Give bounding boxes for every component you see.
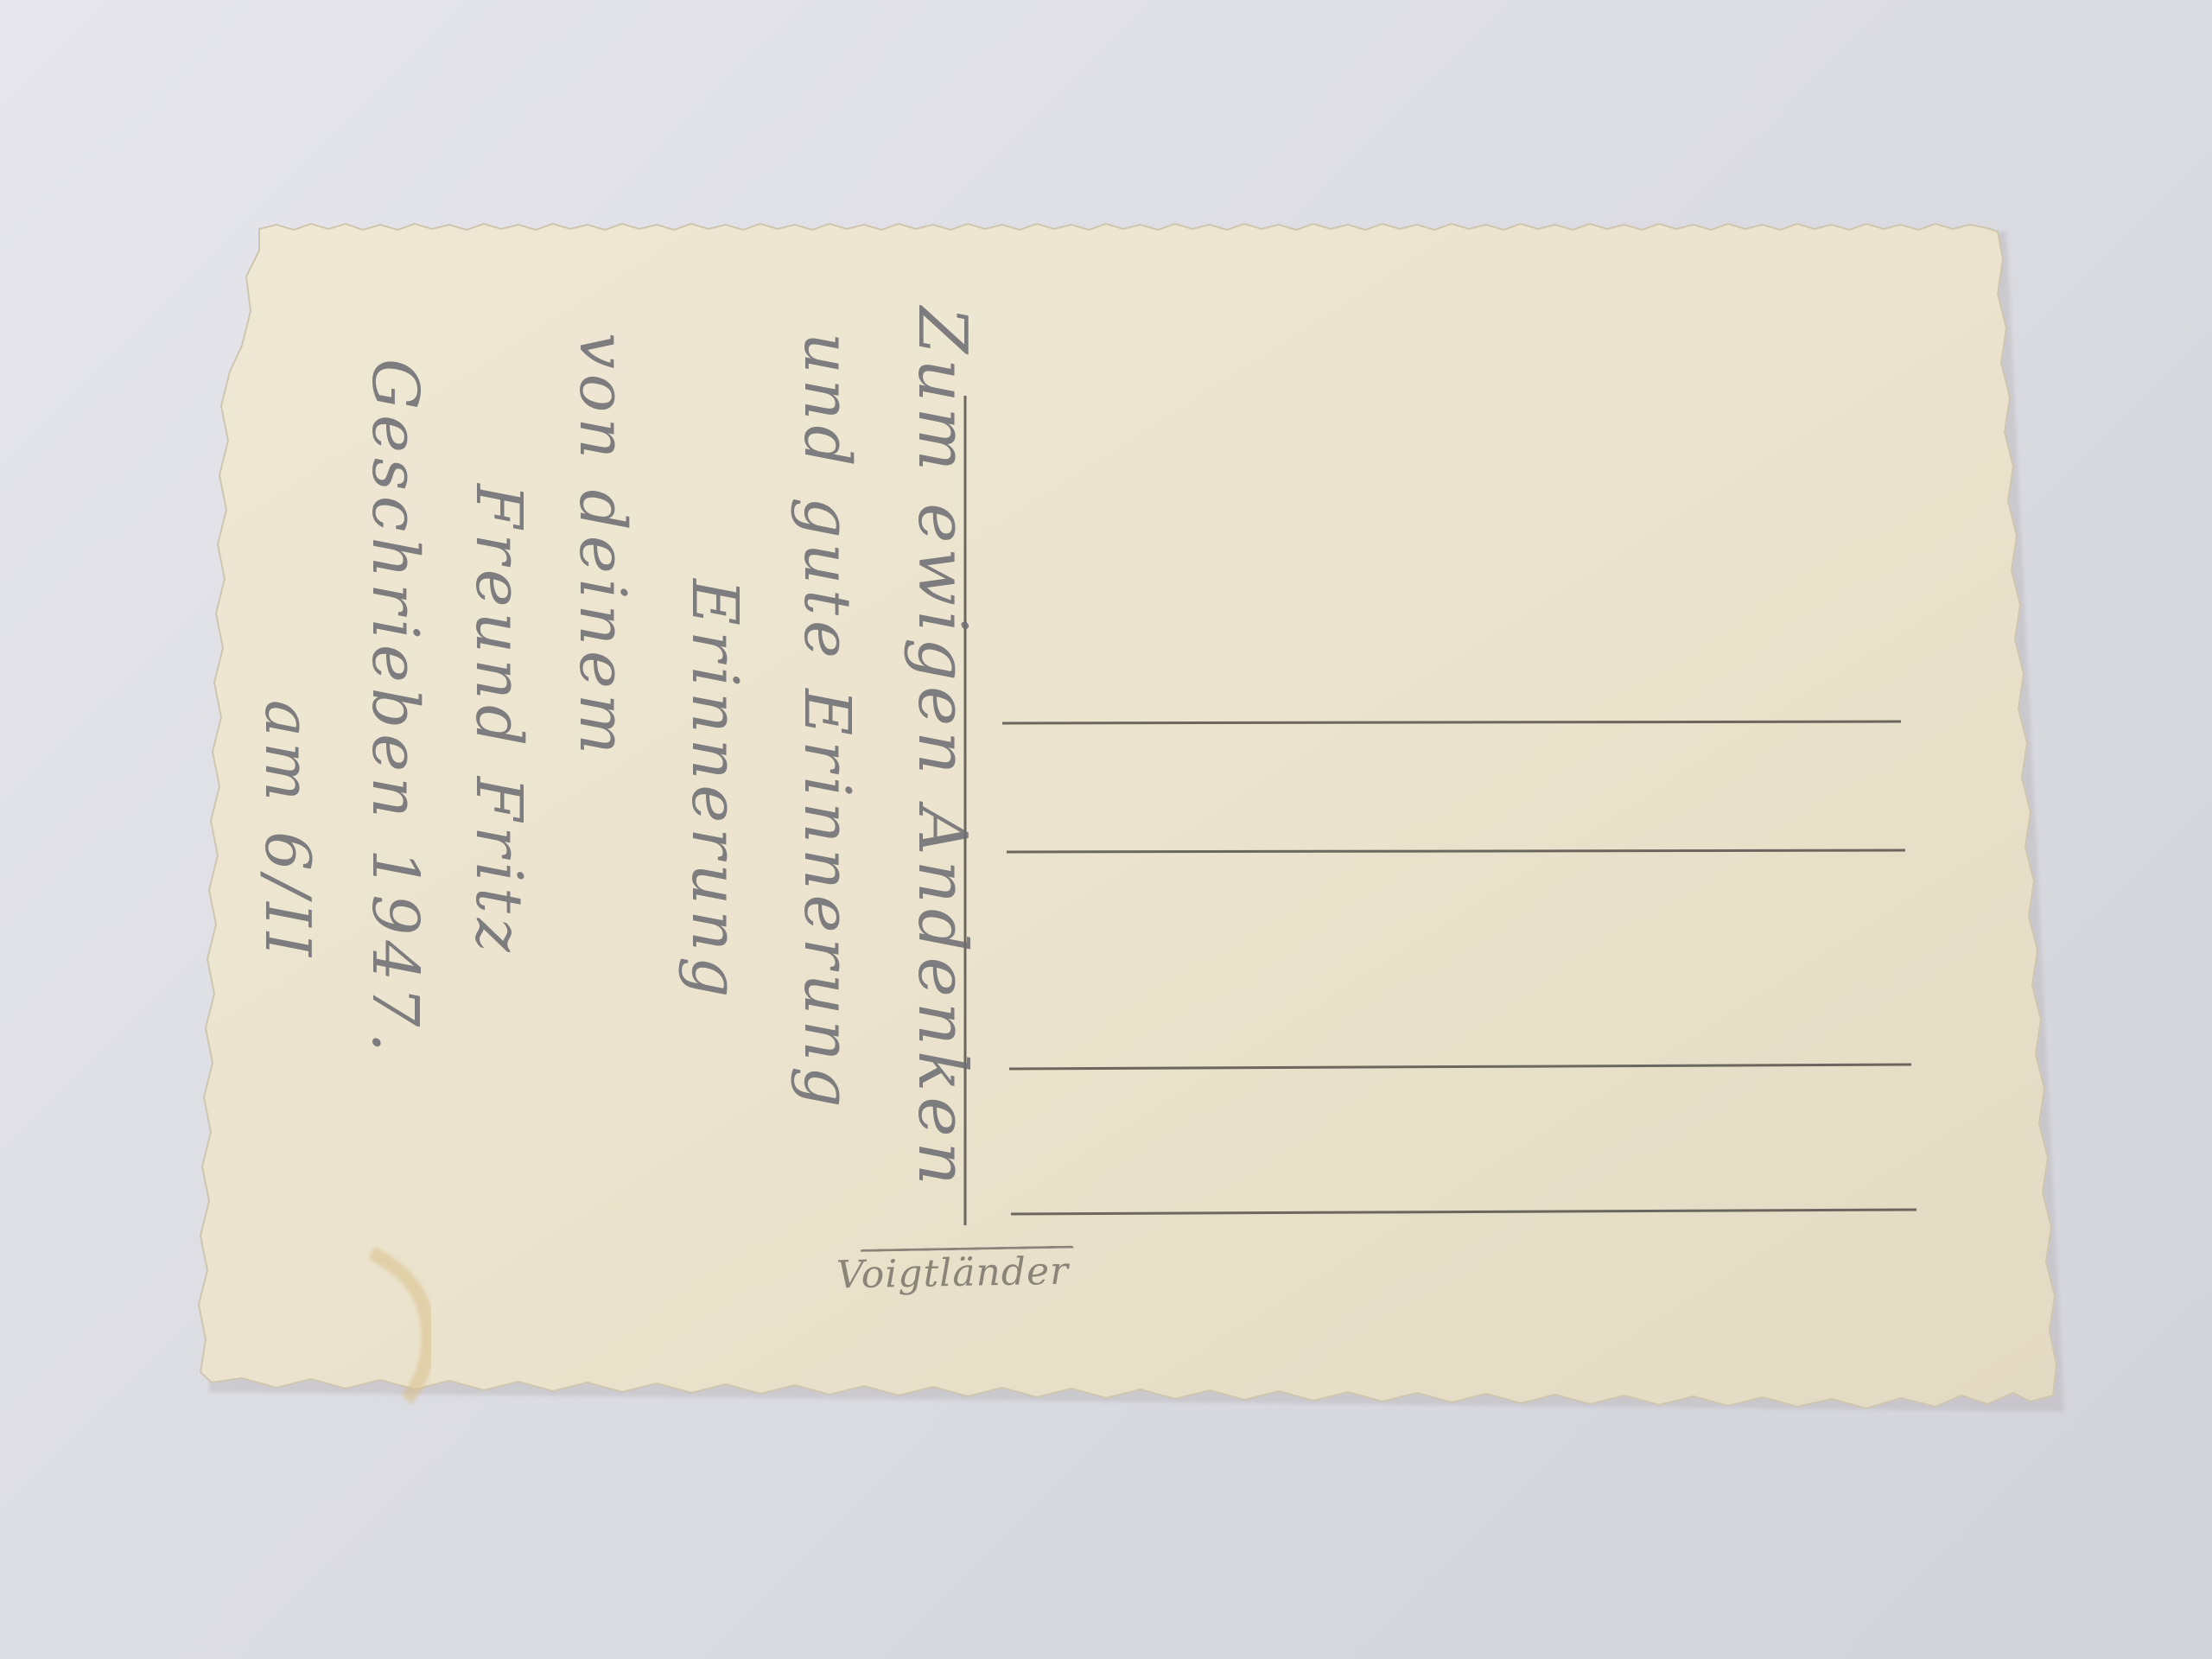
handwriting-line: Zum ewigen Andenken xyxy=(903,307,981,1191)
postcard xyxy=(0,0,2212,1659)
handwriting-line: Erinnerung xyxy=(677,579,752,1002)
handwriting-line: am 6/II xyxy=(251,700,324,962)
handwriting-line: Geschrieben 1947. xyxy=(358,359,432,1058)
address-line xyxy=(1002,721,1901,723)
handwriting-line: und gute Erinnerung xyxy=(790,333,864,1113)
brand-mark: Voigtländer xyxy=(836,1249,1070,1298)
handwriting-line: von deinem xyxy=(565,333,639,760)
photo-scene: Zum ewigen Andenken und gute Erinnerung … xyxy=(0,0,2212,1659)
address-line xyxy=(1007,850,1905,852)
handwriting-line: Freund Fritz xyxy=(461,484,536,957)
